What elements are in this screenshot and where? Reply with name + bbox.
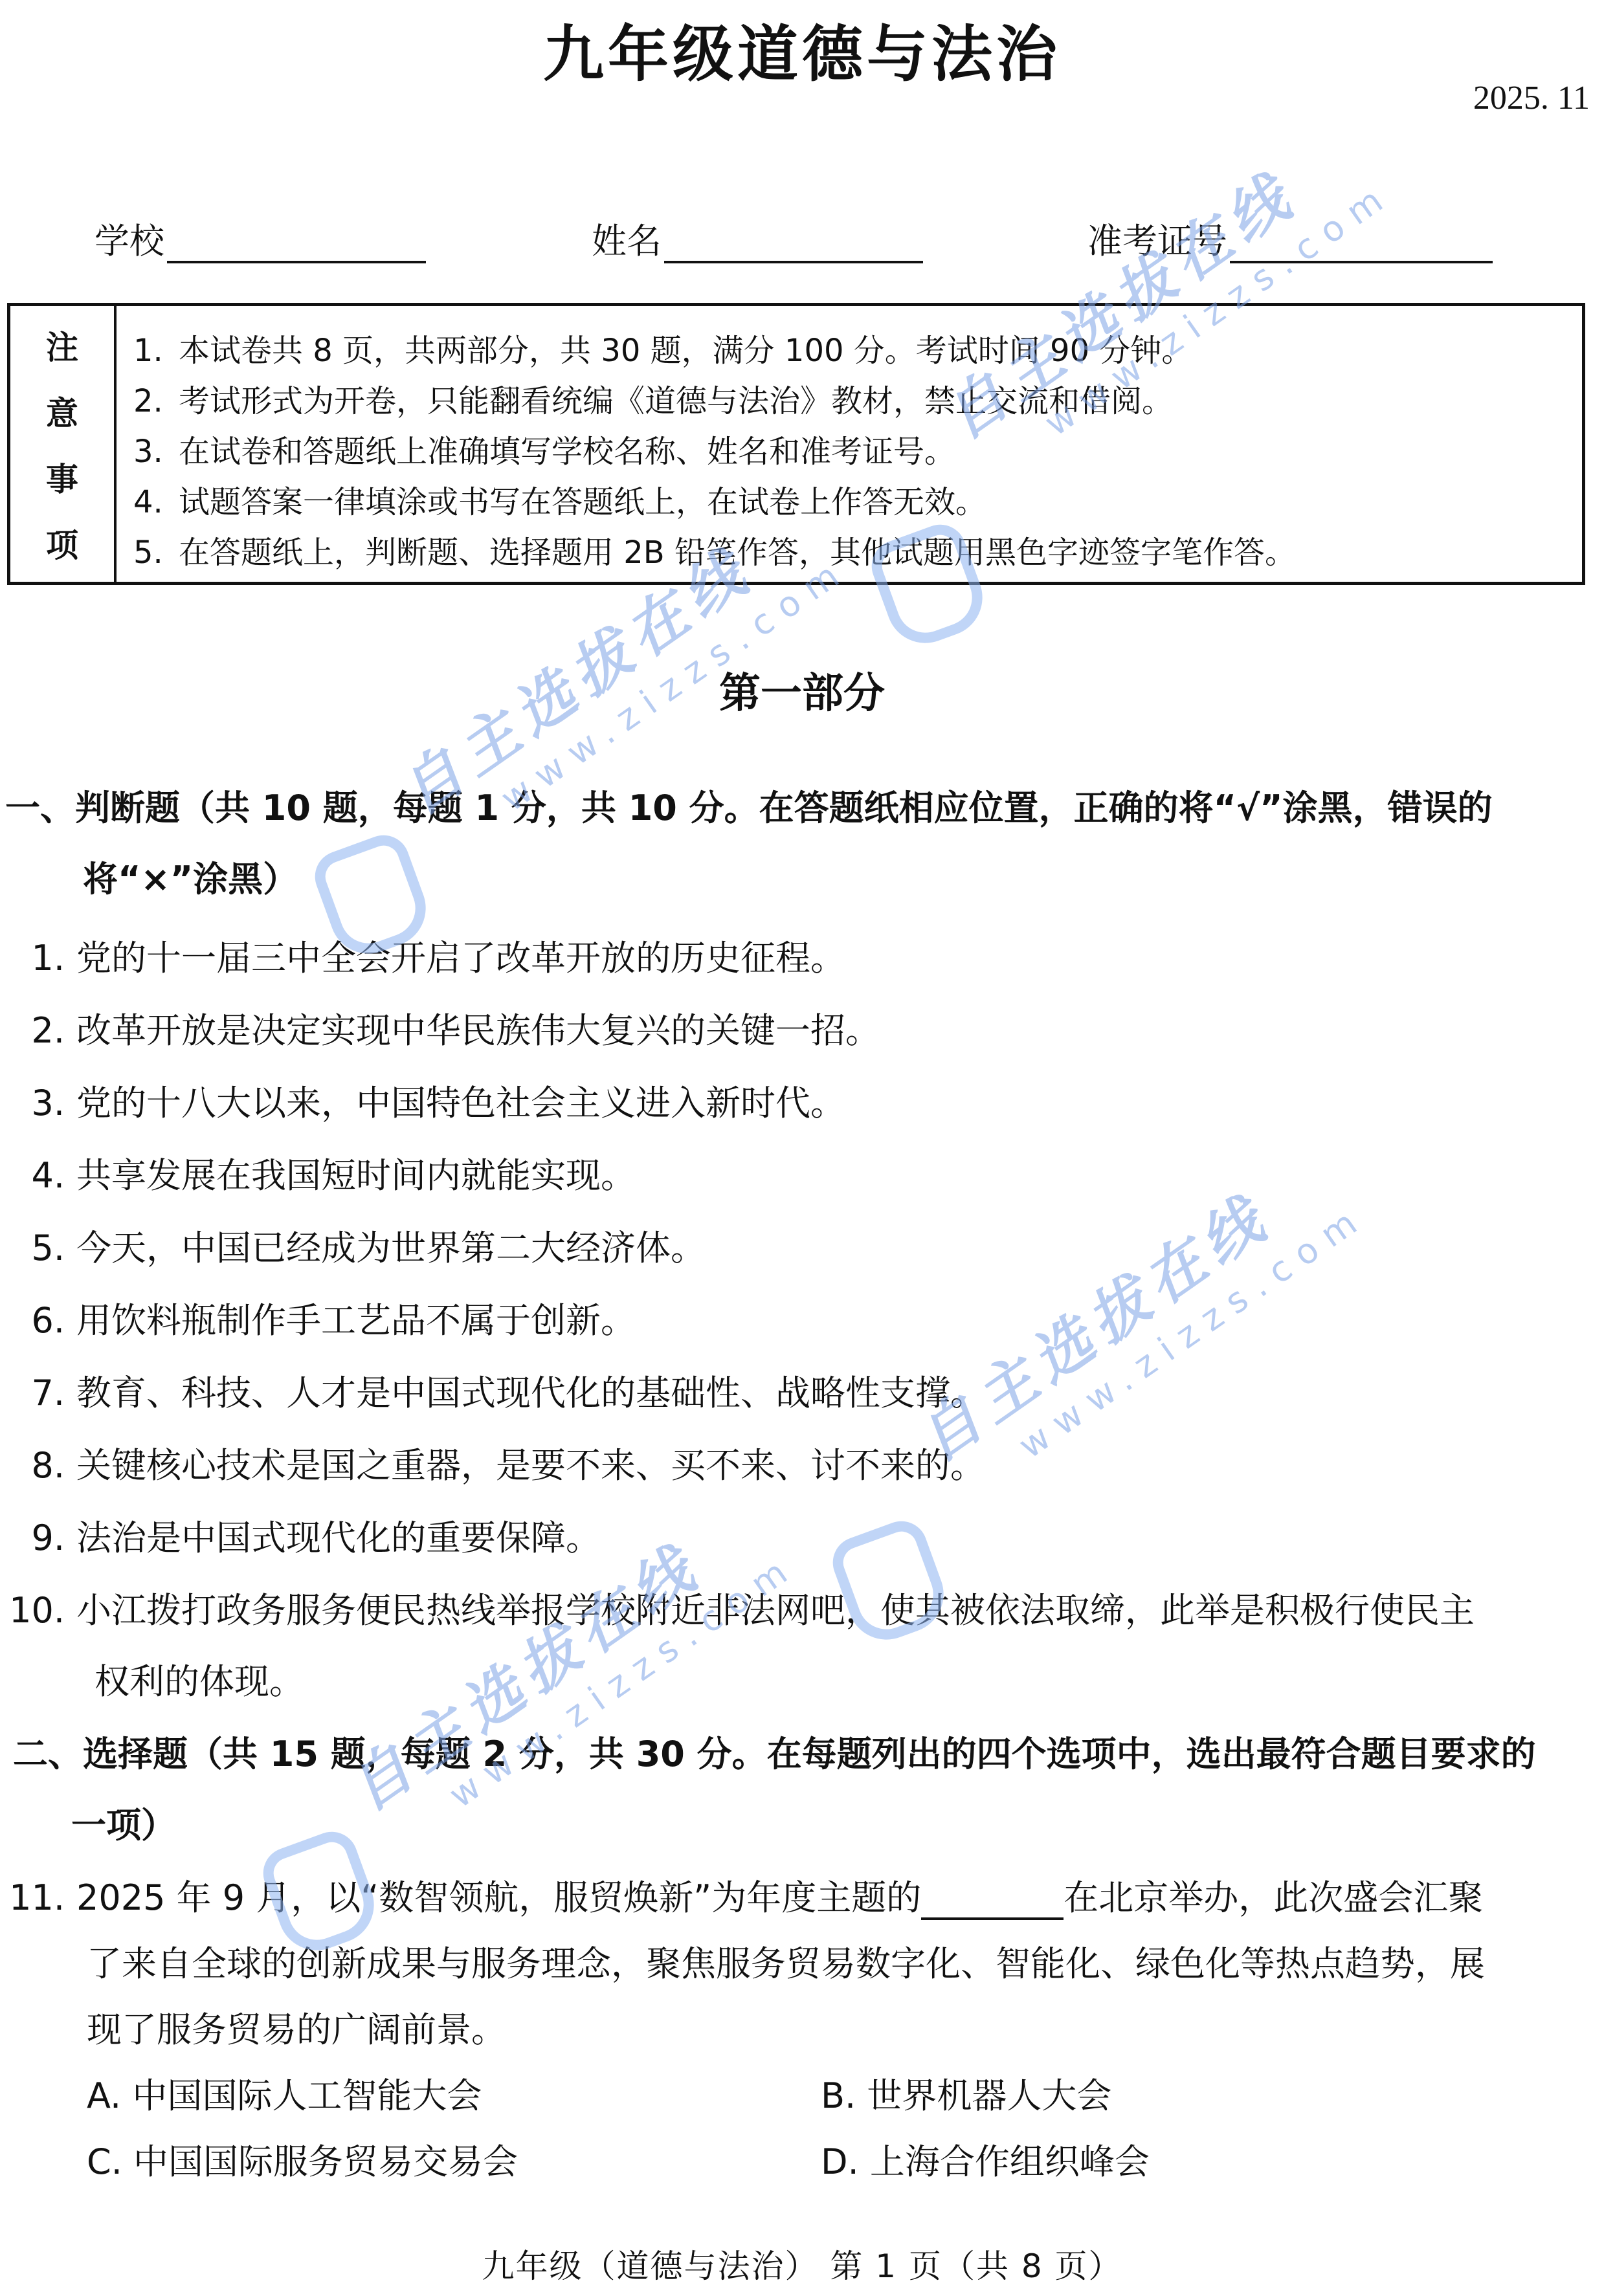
question-10-cont: 权利的体现。 xyxy=(95,1654,304,1704)
notes-label-char: 项 xyxy=(46,520,78,566)
notes-list: 1.本试卷共 8 页，共两部分，共 30 题，满分 100 分。考试时间 90 … xyxy=(133,326,1569,578)
part-title: 第一部分 xyxy=(0,660,1604,720)
name-blank xyxy=(664,222,923,263)
notes-label-char: 意 xyxy=(46,388,78,434)
question-5: 5.今天，中国已经成为世界第二大经济体。 xyxy=(0,1220,706,1270)
notes-box: 注 意 事 项 1.本试卷共 8 页，共两部分，共 30 题，满分 100 分。… xyxy=(7,303,1585,585)
section-2-heading-cont: 一项） xyxy=(71,1798,176,1848)
question-11-line2: 了来自全球的创新成果与服务理念，聚焦服务贸易数字化、智能化、绿色化等热点趋势，展 xyxy=(87,1936,1485,1986)
exam-date: 2025. 11 xyxy=(1473,79,1590,117)
school-field: 学校 xyxy=(95,214,426,263)
exam-id-label: 准考证号 xyxy=(1087,214,1227,263)
option-b: B. 世界机器人大会 xyxy=(821,2068,1111,2118)
notes-label-char: 注 xyxy=(46,322,78,368)
note-item: 1.本试卷共 8 页，共两部分，共 30 题，满分 100 分。考试时间 90 … xyxy=(133,326,1569,376)
question-11-line3: 现了服务贸易的广阔前景。 xyxy=(87,2002,506,2052)
notes-label-char: 事 xyxy=(46,454,78,500)
exam-title: 九年级道德与法治 xyxy=(0,5,1604,93)
school-label: 学校 xyxy=(95,214,164,263)
section-1-heading: 一、判断题（共 10 题，每题 1 分，共 10 分。在答题纸相应位置，正确的将… xyxy=(5,780,1493,830)
question-7: 7.教育、科技、人才是中国式现代化的基础性、战略性支撑。 xyxy=(0,1365,985,1415)
question-11: 11.2025 年 9 月，以“数智领航，服贸焕新”为年度主题的在北京举办，此次… xyxy=(0,1870,1483,1920)
note-item: 5.在答题纸上，判断题、选择题用 2B 铅笔作答，其他试题用黑色字迹签字笔作答。 xyxy=(133,527,1569,578)
question-1: 1.党的十一届三中全会开启了改革开放的历史征程。 xyxy=(0,931,845,980)
question-2: 2.改革开放是决定实现中华民族伟大复兴的关键一招。 xyxy=(0,1003,880,1053)
question-4: 4.共享发展在我国短时间内就能实现。 xyxy=(0,1148,636,1198)
exam-id-field: 准考证号 xyxy=(1087,214,1493,263)
option-c: C. 中国国际服务贸易交易会 xyxy=(87,2134,518,2184)
section-2-heading: 二、选择题（共 15 题，每题 2 分，共 30 分。在每题列出的四个选项中，选… xyxy=(13,1727,1536,1776)
note-item: 3.在试卷和答题纸上准确填写学校名称、姓名和准考证号。 xyxy=(133,426,1569,477)
answer-blank xyxy=(921,1882,1064,1920)
page-footer: 九年级（道德与法治） 第 1 页（共 8 页） xyxy=(0,2240,1604,2287)
option-d: D. 上海合作组织峰会 xyxy=(821,2134,1150,2184)
name-label: 姓名 xyxy=(592,214,662,263)
section-1-heading-cont: 将“×”涂黑） xyxy=(83,852,298,901)
notes-label: 注 意 事 项 xyxy=(10,306,117,582)
exam-id-blank xyxy=(1230,222,1493,263)
question-6: 6.用饮料瓶制作手工艺品不属于创新。 xyxy=(0,1293,636,1343)
name-field: 姓名 xyxy=(592,214,923,263)
school-blank xyxy=(167,222,426,263)
question-9: 9.法治是中国式现代化的重要保障。 xyxy=(0,1510,601,1560)
question-10: 10.小江拨打政务服务便民热线举报学校附近非法网吧，使其被依法取缔，此举是积极行… xyxy=(0,1583,1475,1633)
note-item: 2.考试形式为开卷，只能翻看统编《道德与法治》教材，禁止交流和借阅。 xyxy=(133,376,1569,426)
question-8: 8.关键核心技术是国之重器，是要不来、买不来、讨不来的。 xyxy=(0,1438,985,1488)
option-a: A. 中国国际人工智能大会 xyxy=(87,2068,482,2118)
note-item: 4.试题答案一律填涂或书写在答题纸上，在试卷上作答无效。 xyxy=(133,477,1569,527)
question-3: 3.党的十八大以来，中国特色社会主义进入新时代。 xyxy=(0,1076,845,1125)
